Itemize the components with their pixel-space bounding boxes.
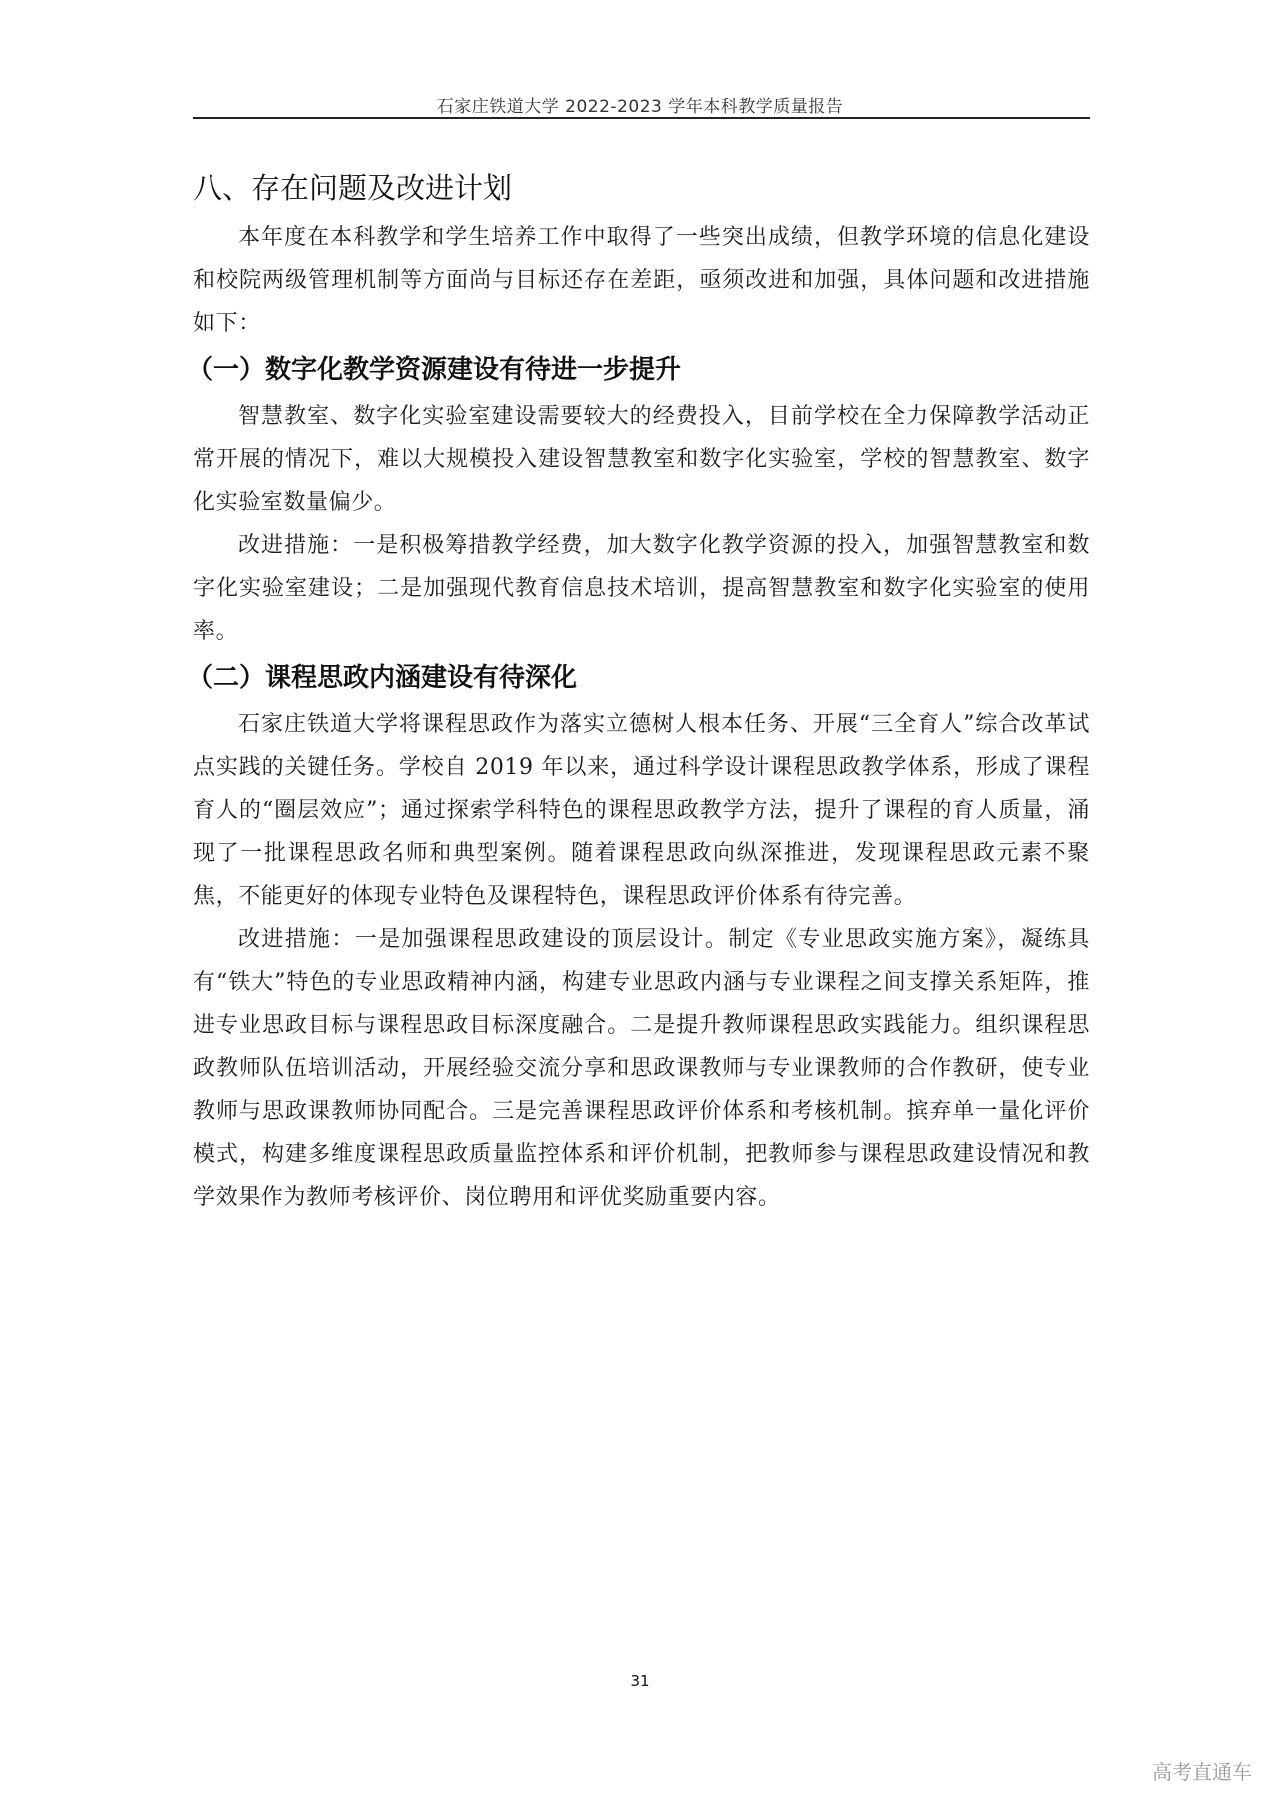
page-number: 31 [0,1672,1280,1690]
subsection-heading-2: （二）课程思政内涵建设有待深化 [187,653,1090,703]
page-content: 八、存在问题及改进计划 本年度在本科教学和学生培养工作中取得了一些突出成绩，但教… [193,160,1090,1219]
subsection-heading-1: （一）数字化教学资源建设有待进一步提升 [187,345,1090,395]
subsection-1-paragraph-1: 智慧教室、数字化实验室建设需要较大的经费投入，目前学校在全力保障教学活动正常开展… [193,395,1090,524]
intro-paragraph: 本年度在本科教学和学生培养工作中取得了一些突出成绩，但教学环境的信息化建设和校院… [193,216,1090,345]
watermark: 高考直通车 [1152,1756,1252,1785]
subsection-2-paragraph-2: 改进措施：一是加强课程思政建设的顶层设计。制定《专业思政实施方案》，凝练具有“铁… [193,918,1090,1219]
running-header: 石家庄铁道大学 2022-2023 学年本科教学质量报告 [0,92,1280,117]
section-heading: 八、存在问题及改进计划 [193,160,1090,216]
subsection-2-paragraph-1: 石家庄铁道大学将课程思政作为落实立德树人根本任务、开展“三全育人”综合改革试点实… [193,703,1090,918]
subsection-1-paragraph-2: 改进措施：一是积极筹措教学经费，加大数字化教学资源的投入，加强智慧教室和数字化实… [193,524,1090,653]
header-divider [193,117,1090,119]
